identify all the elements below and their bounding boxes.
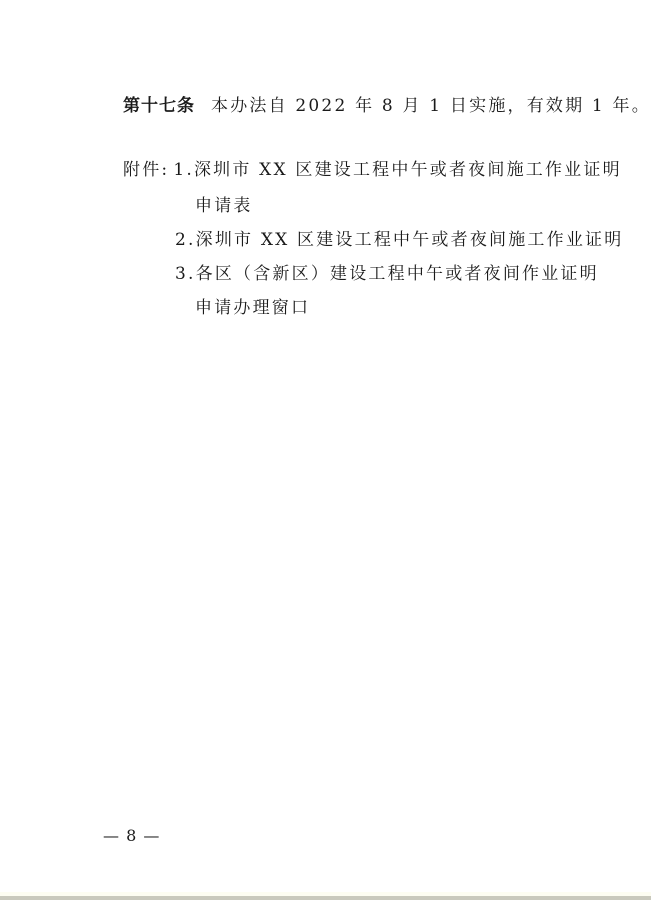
article-heading: 第十七条 bbox=[123, 96, 195, 116]
page-number: — 8 — bbox=[103, 826, 160, 845]
attachment-number: 1. bbox=[173, 160, 194, 180]
attachment-number: 2. bbox=[175, 230, 196, 250]
attachment-number: 3. bbox=[175, 264, 196, 284]
attachment-item-3-line-2: 申请办理窗口 bbox=[195, 298, 310, 318]
page-bottom-border bbox=[0, 896, 651, 900]
attachment-title: 深圳市 XX 区建设工程中午或者夜间施工作业证明 bbox=[196, 230, 624, 250]
attachment-title: 各区（含新区）建设工程中午或者夜间作业证明 bbox=[196, 264, 599, 284]
attachment-item-1-line-1: 附件:1.深圳市 XX 区建设工程中午或者夜间施工作业证明 bbox=[123, 160, 622, 180]
attachments-label: 附件: bbox=[123, 160, 169, 180]
attachment-item-1-line-2: 申请表 bbox=[195, 196, 253, 216]
article-17: 第十七条本办法自 2022 年 8 月 1 日实施，有效期 1 年。 bbox=[123, 96, 651, 116]
attachment-title-cont: 申请表 bbox=[195, 196, 253, 216]
attachment-title-cont: 申请办理窗口 bbox=[195, 298, 310, 318]
article-text: 本办法自 2022 年 8 月 1 日实施，有效期 1 年。 bbox=[211, 96, 651, 116]
attachment-item-2: 2.深圳市 XX 区建设工程中午或者夜间施工作业证明 bbox=[175, 230, 623, 250]
attachment-title: 深圳市 XX 区建设工程中午或者夜间施工作业证明 bbox=[194, 160, 622, 180]
attachment-item-3-line-1: 3.各区（含新区）建设工程中午或者夜间作业证明 bbox=[175, 264, 599, 284]
